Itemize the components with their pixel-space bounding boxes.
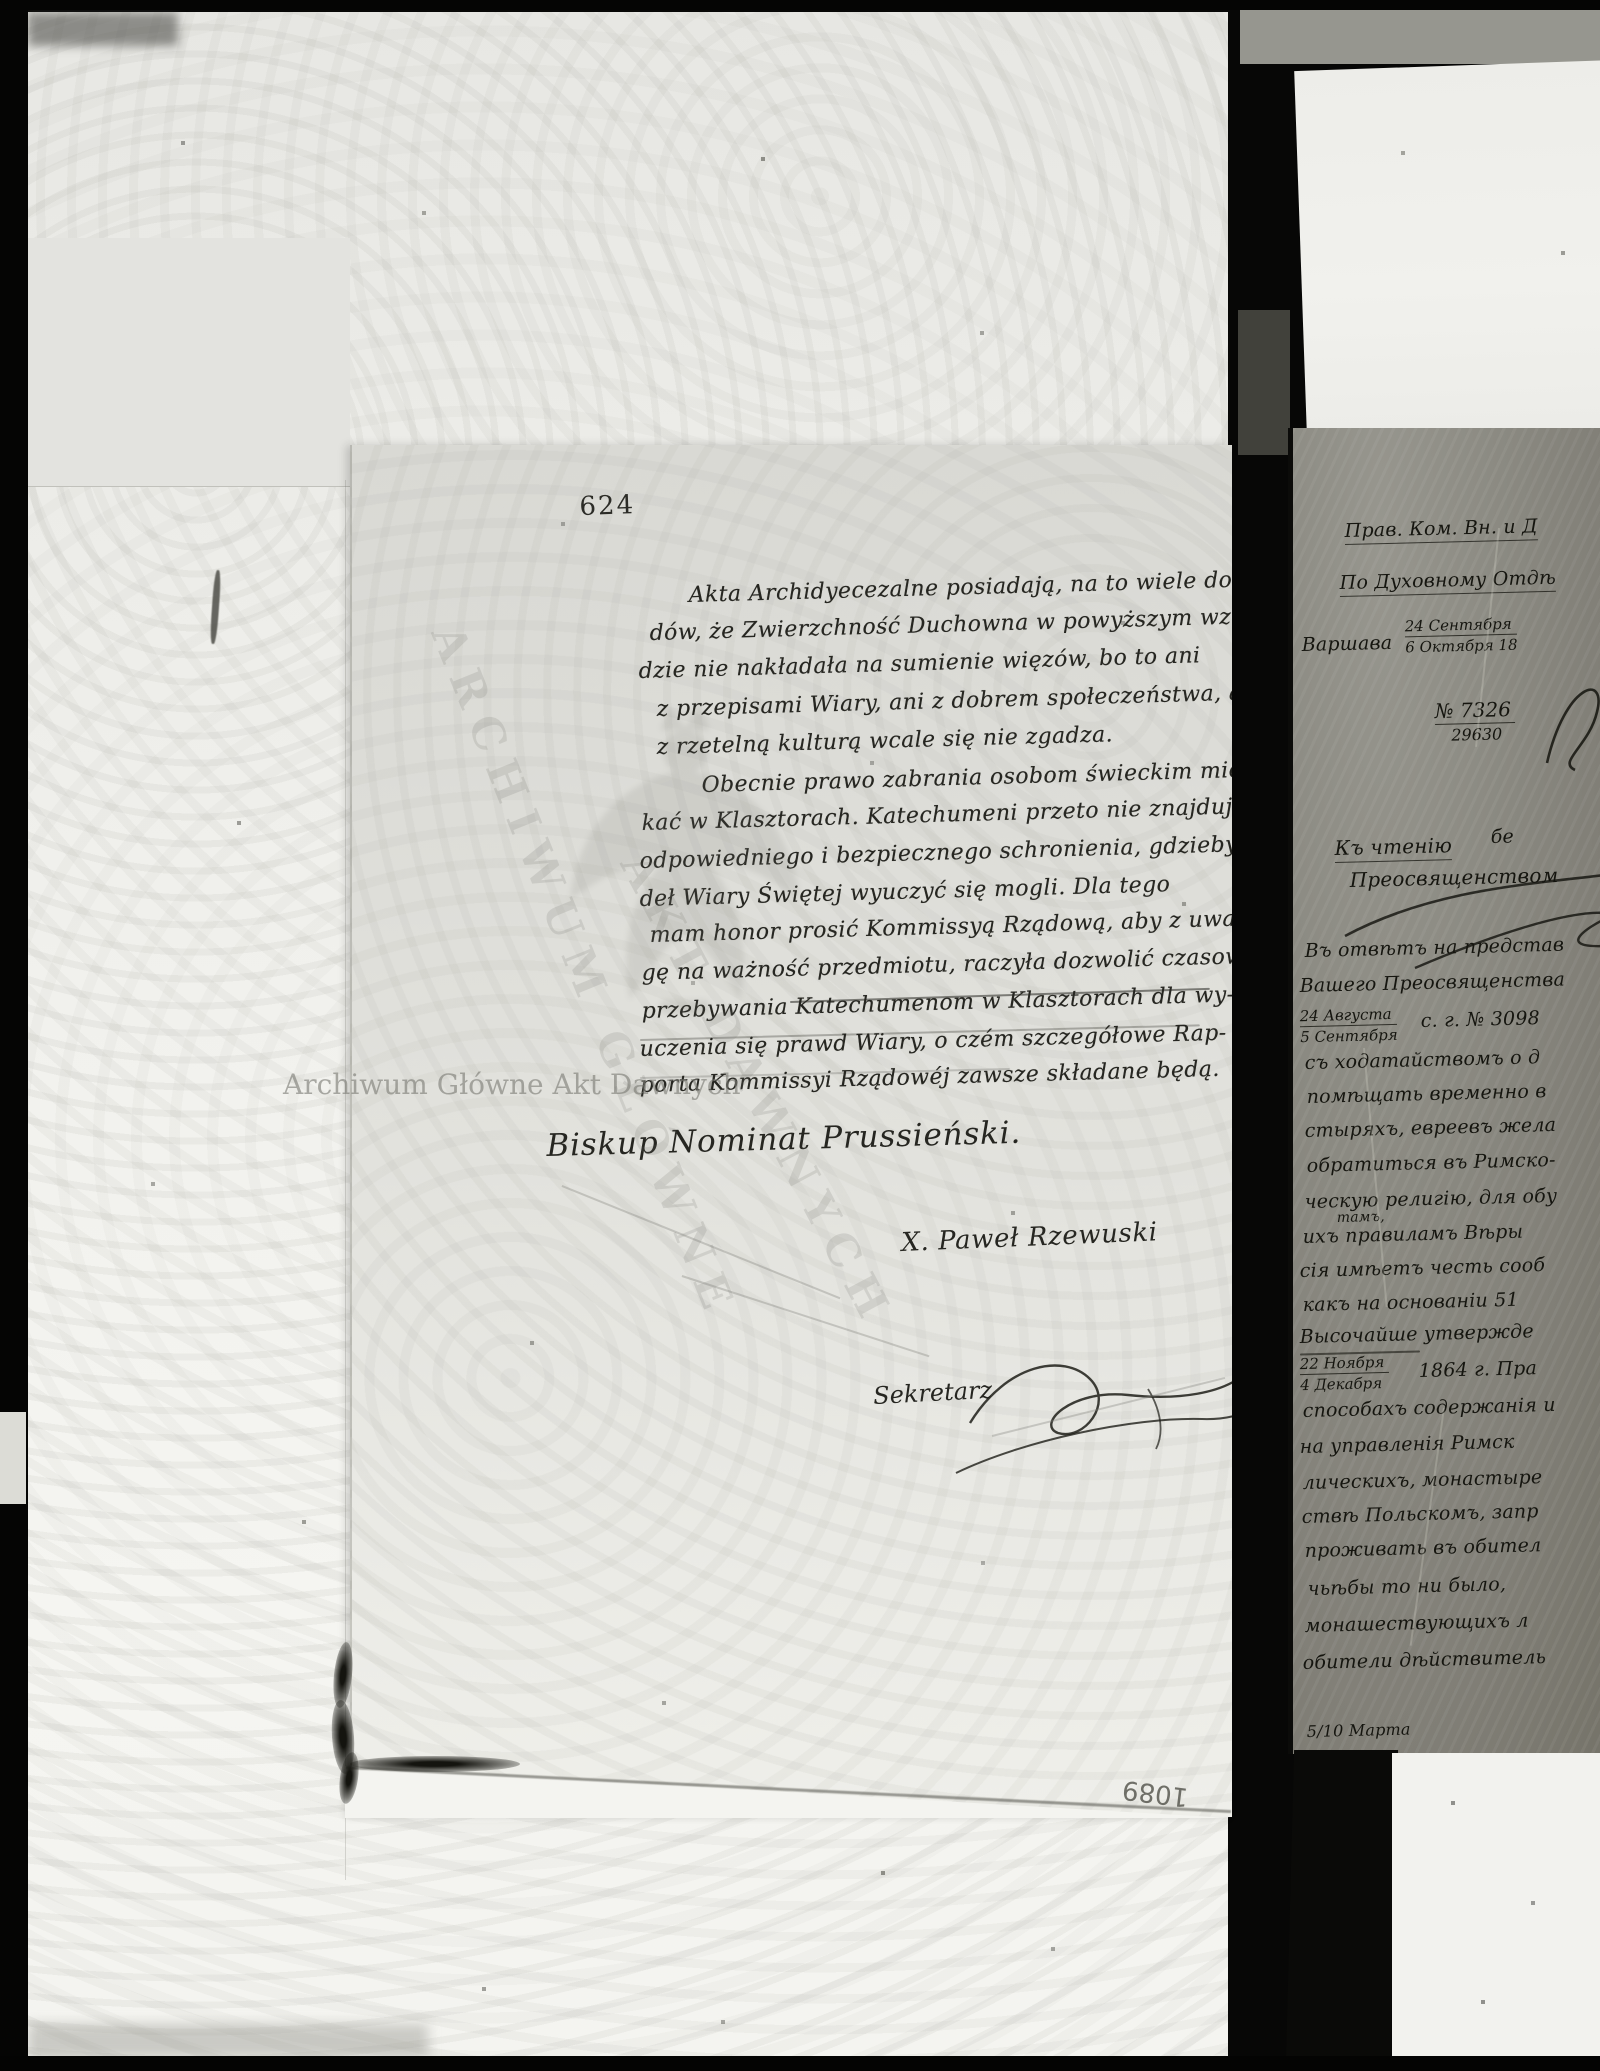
torn-edge-blotch (350, 1756, 520, 1772)
ru-law-date-top: 22 Ноября (1300, 1353, 1389, 1375)
bottom-right-sheet (1392, 1753, 1600, 2059)
manuscript-line: dzie nie nakładała na sumienie więzów, b… (638, 643, 1200, 684)
ru-body-line: Высочайше утвержде (1299, 1320, 1534, 1348)
secretary-signature-flourish (952, 1345, 1232, 1495)
corner-shadow (28, 12, 178, 46)
ru-body-line: чьѣбы то ни было, (1307, 1573, 1506, 1600)
ru-body-line: обратиться въ Римско- (1306, 1149, 1555, 1177)
film-border-bottom (0, 2056, 1600, 2071)
eagle-watermark-icon (560, 700, 810, 1040)
paraph-flourish (1535, 668, 1600, 778)
ru-body-line: лическихъ, монастыре (1302, 1466, 1542, 1494)
bishop-signature: X. Paweł Rzewuski (901, 1217, 1159, 1258)
ru-law-date-rest: 1864 г. Пра (1418, 1357, 1537, 1382)
ru-body-line: монашествующихъ л (1304, 1610, 1528, 1637)
film-border-left (0, 0, 28, 2071)
ru-heading: Прав. Ком. Вн. и Д (1344, 515, 1538, 545)
manuscript-line: dów, że Zwierzchność Duchowna w powyższy… (649, 604, 1232, 646)
russian-manuscript-page: Прав. Ком. Вн. и Д По Духовному Отдѣ Вар… (1288, 428, 1600, 1754)
table-background-band (1240, 6, 1600, 64)
ru-date-fraction: 24 Сентября 6 Октября 18 (1405, 615, 1518, 657)
digitization-watermark-text: Archiwum Główne Akt Dawnych (283, 1068, 741, 1101)
archival-scan: 624 Akta Archidyecezalne posiadają, na t… (0, 0, 1600, 2071)
ru-number-top: № 7326 (1434, 697, 1515, 725)
top-right-sheet (1294, 60, 1600, 439)
ru-law-date-bottom: 4 Декабря (1300, 1373, 1389, 1394)
ru-date-bottom: 6 Октября 18 (1405, 635, 1518, 657)
dust-specks (0, 0, 2, 2)
gap-shadow-strip (1238, 310, 1290, 455)
ru-body-line: на управленія Римск (1299, 1431, 1514, 1458)
ru-ref-date-bottom: 5 Сентября (1300, 1025, 1398, 1046)
ru-body-line: ихъ правиламъ Вѣры (1302, 1221, 1523, 1248)
film-border-top (0, 0, 1600, 10)
ru-place: Варшава (1301, 632, 1392, 656)
ru-body-line: обители дѣйствитель (1302, 1646, 1546, 1674)
manuscript-line: Akta Archidyecezalne posiadają, na to wi… (688, 567, 1232, 608)
ru-body-line: сія имѣетъ честь сооб (1299, 1254, 1545, 1282)
bottom-smudge (28, 2024, 428, 2058)
ru-body-line: ческую религію, для обу (1304, 1185, 1557, 1213)
ru-body-line: какъ на основаніи 51 (1302, 1289, 1519, 1316)
ru-date-top: 24 Сентября (1405, 615, 1518, 638)
black-gap-column (1286, 1750, 1398, 2062)
ru-heading: По Духовному Отдѣ (1339, 567, 1556, 597)
ru-body-line: ствѣ Польскомъ, запр (1301, 1500, 1538, 1528)
ru-ref-number: с. г. № 3098 (1420, 1007, 1540, 1032)
ru-body-line: способахъ содержанія и (1302, 1394, 1556, 1422)
ru-ref-date-top: 24 Августа (1300, 1005, 1398, 1027)
underlying-sheet-band (28, 238, 350, 487)
ru-body-line: стыряхъ, евреевъ жела (1304, 1114, 1556, 1142)
ru-ref-date-fraction: 24 Августа 5 Сентября (1300, 1005, 1398, 1046)
film-edge-notch (0, 1412, 26, 1504)
ru-footer-date: 5/10 Марта (1307, 1719, 1411, 1741)
ru-body-line: помѣщать временно в (1306, 1080, 1546, 1108)
ru-body-line: съ ходатайствомъ о д (1304, 1046, 1540, 1074)
page-number: 624 (579, 490, 636, 522)
ru-law-date-fraction: 22 Ноября 4 Декабря (1300, 1353, 1390, 1394)
